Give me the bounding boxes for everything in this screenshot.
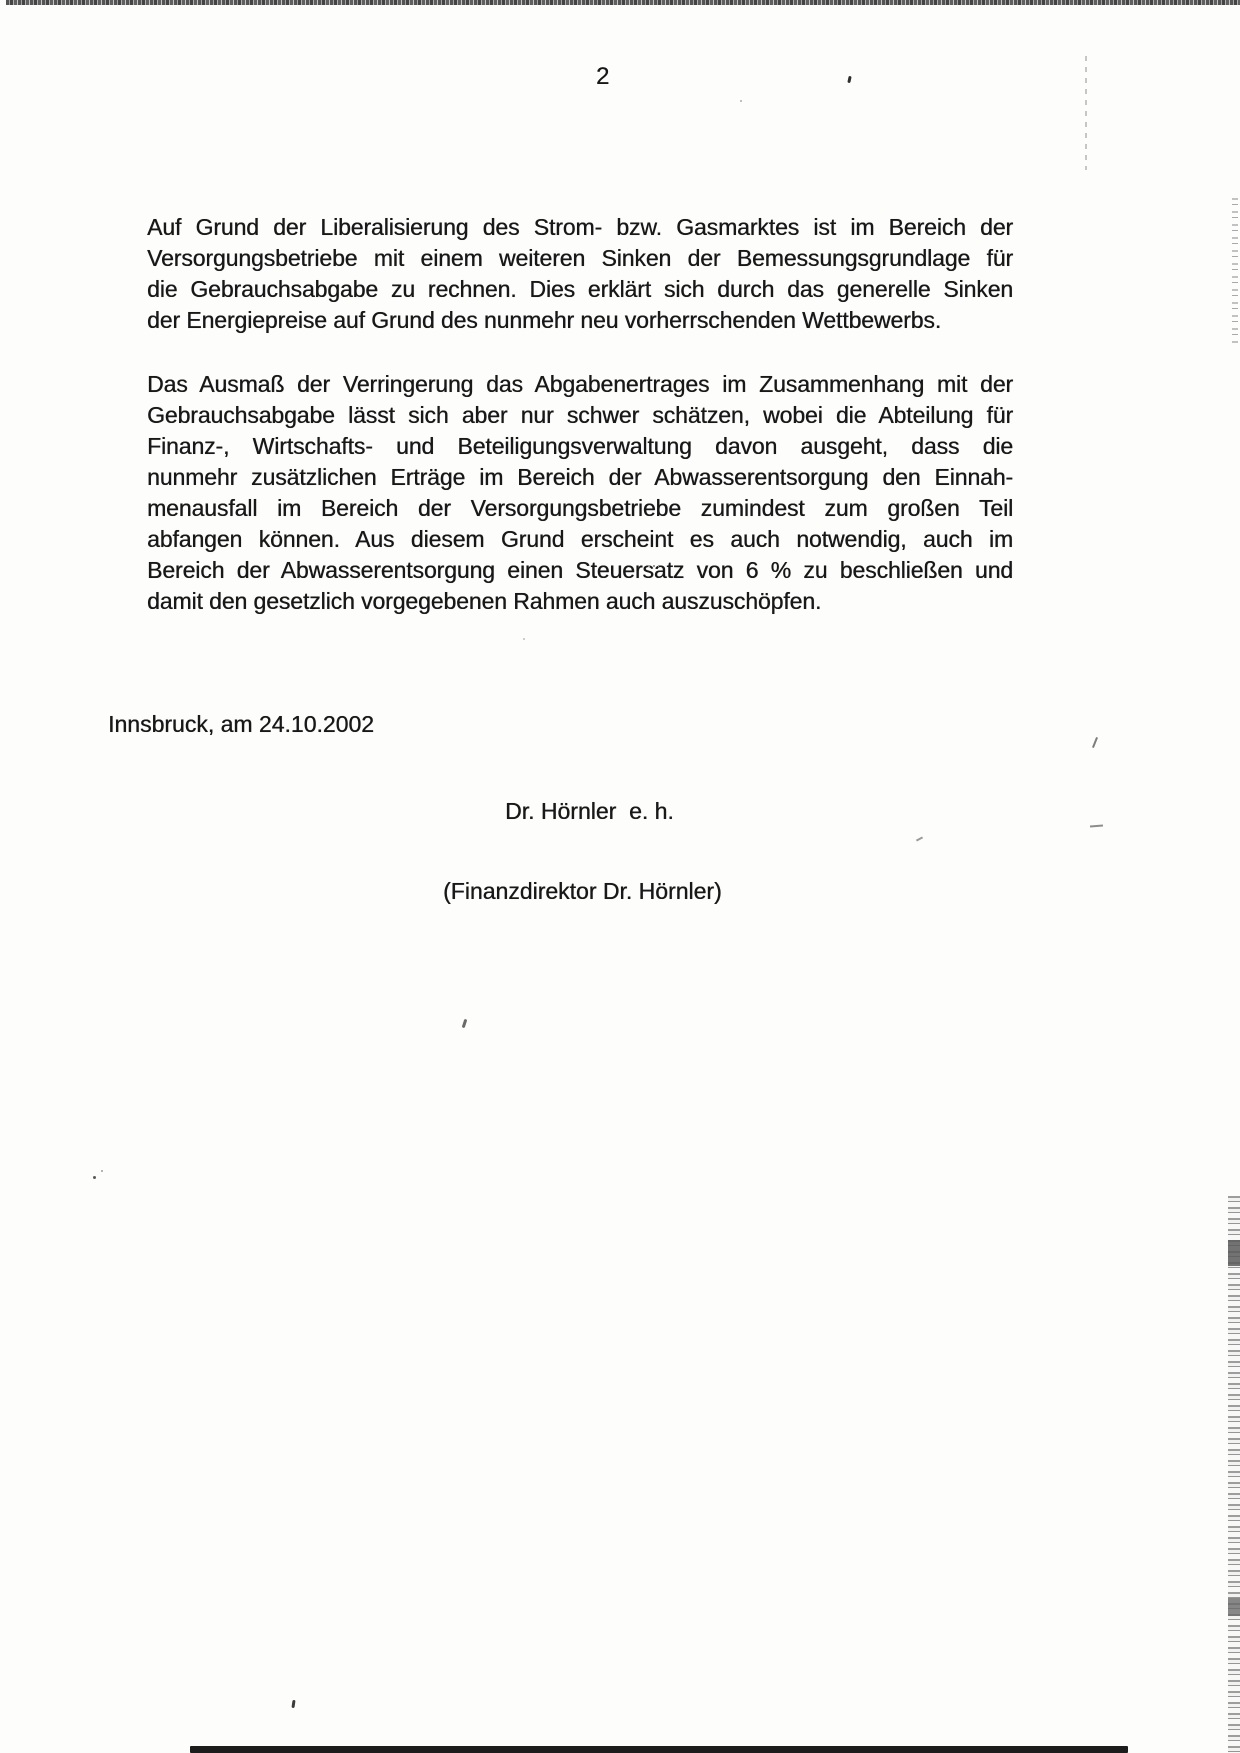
scan-artifact-edge-noise [1232,198,1238,346]
text-line: Gebrauchsabgabe lässt sich aber nur schw… [147,400,1013,431]
scanned-document-page: 2 Auf Grund der Liberalisierung des Stro… [0,0,1240,1753]
page-number: 2 [596,63,610,91]
place-date-line: Innsbruck, am 24.10.2002 [108,711,374,738]
text-line: Versorgungsbetriebe mit einem weiteren S… [147,243,1013,274]
signature-title: (Finanzdirektor Dr. Hörnler) [443,878,722,905]
text-line: Auf Grund der Liberalisierung des Strom-… [147,212,1013,243]
text-line: die Gebrauchsabgabe zu rechnen. Dies erk… [147,274,1013,305]
scan-noise-speck [847,76,851,83]
scan-artifact-edge-noise [1228,1240,1240,1266]
scan-noise-speck [916,836,923,841]
scan-noise-speck [740,100,742,102]
scan-noise-speck [291,1700,295,1708]
scan-noise-speck [101,1170,103,1172]
scan-artifact-edge-noise [1228,1598,1240,1616]
scan-noise-speck [1090,825,1103,828]
text-line: Finanz-, Wirtschafts- und Beteiligungsve… [147,431,1013,462]
scan-artifact-edge-noise [1228,1196,1240,1753]
scan-artifact-top-bar [6,0,1240,5]
scan-artifact-bottom-bar [190,1746,1128,1753]
text-line: nunmehr zusätzlichen Erträge im Bereich … [147,462,1013,493]
scan-noise-speck [523,638,525,640]
scan-artifact-dashed-line [1085,56,1087,170]
text-line: abfangen können. Aus diesem Grund ersche… [147,524,1013,555]
paragraph-1: Auf Grund der Liberalisierung des Strom-… [147,212,1013,336]
scan-noise-speck [93,1176,96,1179]
scan-noise-speck [648,565,659,567]
text-line: damit den gesetzlich vorgegebenen Rahmen… [147,586,1013,617]
text-line: Bereich der Abwasserentsorgung einen Ste… [147,555,1013,586]
scan-noise-speck [1092,737,1098,748]
text-line: Das Ausmaß der Verringerung das Abgabene… [147,369,1013,400]
scan-noise-speck [462,1019,468,1028]
text-line: menausfall im Bereich der Versorgungsbet… [147,493,1013,524]
text-line: der Energiepreise auf Grund des nunmehr … [147,305,1013,336]
signature-name: Dr. Hörnler e. h. [505,798,674,825]
paragraph-2: Das Ausmaß der Verringerung das Abgabene… [147,369,1013,617]
